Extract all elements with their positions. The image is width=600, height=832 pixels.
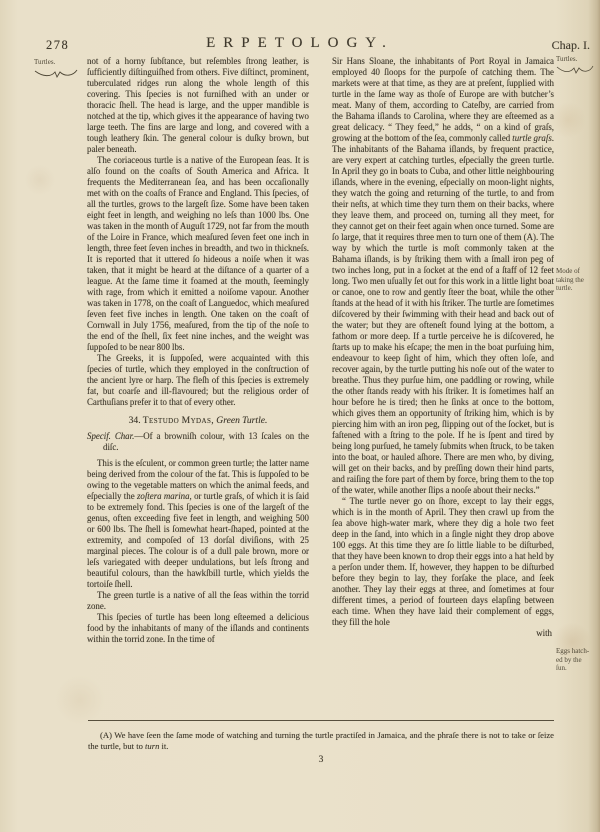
- paragraph: This ſpecies of turtle has been long eſt…: [87, 612, 309, 645]
- footnote-text: (A) We have ſeen the ſame mode of watchi…: [88, 730, 554, 752]
- paragraph: “ The turtle never go on ſhore, except t…: [332, 496, 554, 628]
- page-number: 278: [46, 38, 69, 53]
- text-body: not of a horny ſubſtance, but reſembles …: [87, 56, 554, 645]
- species-heading: 34. Testudo Mydas, Green Turtle.: [87, 415, 309, 426]
- paragraph: This is the eſculent, or common green tu…: [87, 458, 309, 590]
- paragraph: The green turtle is a native of all the …: [87, 590, 309, 612]
- text-column-left: not of a horny ſubſtance, but reſembles …: [87, 56, 309, 645]
- footnote-divider: [88, 720, 554, 721]
- catchword: with: [332, 628, 554, 639]
- margin-note-turtles-right: Turtles.: [556, 55, 598, 75]
- paragraph: The Greeks, it is ſuppoſed, were acquain…: [87, 353, 309, 408]
- paragraph: not of a horny ſubſtance, but reſembles …: [87, 56, 309, 155]
- species-character: Specif. Char.—Of a browniſh colour, with…: [87, 431, 309, 453]
- flourish-swash-icon: [34, 68, 78, 79]
- flourish-swash-icon: [556, 65, 594, 75]
- margin-note-label: Turtles.: [34, 58, 55, 66]
- signature-mark: 3: [88, 755, 554, 765]
- chapter-label: Chap. I.: [552, 38, 590, 53]
- paragraph: The coriaceous turtle is a native of the…: [87, 155, 309, 353]
- running-title: ERPETOLOGY.: [70, 35, 530, 52]
- margin-note-turtles-left: Turtles.: [34, 58, 84, 79]
- margin-note-mode-of-taking: Mode oftaking theturtle.: [556, 267, 598, 293]
- paragraph: Sir Hans Sloane, the inhabitants of Port…: [332, 56, 554, 496]
- book-page-scan: 278 ERPETOLOGY. Chap. I. Turtles. Turtle…: [0, 0, 600, 832]
- margin-note-label: Turtles.: [556, 55, 577, 63]
- margin-note-eggs-hatched: Eggs hatch-ed by theſun.: [556, 647, 598, 673]
- text-column-right: Sir Hans Sloane, the inhabitants of Port…: [332, 56, 554, 645]
